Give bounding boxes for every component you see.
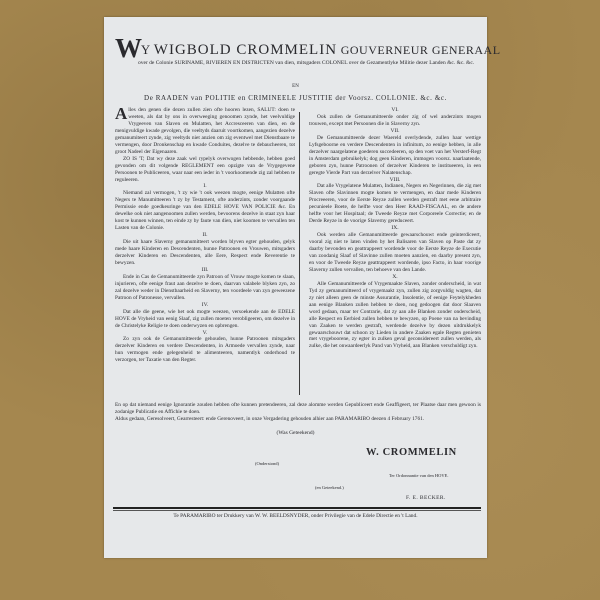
left-column: Alles den genen die dezen zullen zien of… <box>115 107 295 364</box>
section-number: X. <box>309 274 481 281</box>
section-number: VI. <box>309 107 481 114</box>
article-paragraph: Ook zullen de Gemanumitteerde onder zig … <box>309 114 481 128</box>
printer-imprint: Te PARAMARIBO ter Drukkery van W. W. BEE… <box>104 513 487 519</box>
right-column: VI.Ook zullen de Gemanumitteerde onder z… <box>309 107 481 350</box>
conjunction-en: EN <box>104 84 487 89</box>
article-paragraph: Ook werden alle Gemanumitteerde gewaarsc… <box>309 232 481 274</box>
article-paragraph: De Gemanumitteerde dezer Waereld overlyd… <box>309 135 481 177</box>
ordonnantie-line: Ter Ordonnantie van den HOVE. <box>389 473 449 478</box>
article-paragraph: Die uit haare Slaverny gemanumitteert wo… <box>115 239 295 267</box>
article-paragraph: Alle Gemanumitteerde of Vrygemaakte Slav… <box>309 281 481 351</box>
article-paragraph: Dat alle Vrygelatene Mulatten, Indianen,… <box>309 183 481 225</box>
governor-name: WIGBOLD CROMMELIN <box>154 42 337 58</box>
article-paragraph: Dat alle die geene, wie het ook mogte we… <box>115 309 295 330</box>
section-number: VIII. <box>309 177 481 184</box>
en-geteekend: (en Geteekend.) <box>315 485 344 490</box>
governor-rank: GOUVERNEUR GENERAAL <box>341 43 501 57</box>
column-divider <box>299 112 300 395</box>
was-geteekend: (Was Geteekend) <box>104 430 487 436</box>
section-number: II. <box>115 232 295 239</box>
section-number: IV. <box>115 302 295 309</box>
section-number: VII. <box>309 128 481 135</box>
opening-paragraph: Alles den genen die dezen zullen zien of… <box>115 107 295 156</box>
dropcap: A <box>115 107 127 121</box>
onderstond: (Onderstond) <box>255 461 279 466</box>
article-paragraph: Niemand zal vermogen, 't zy wie 't ook w… <box>115 190 295 232</box>
proclamation-document: WY WIGBOLD CROMMELIN GOUVERNEUR GENERAAL… <box>104 17 487 558</box>
title-lead: Y <box>141 43 150 57</box>
council-heading: De RAADEN van POLITIE en CRIMINEELE JUST… <box>104 94 487 102</box>
document-subtitle: over de Colonie SURINAME, RIVIEREN EN DI… <box>138 59 483 68</box>
closing-paragraph-2: Aldus gedaan, Geresolveert, Gearresteert… <box>115 416 481 423</box>
bottom-rule-thin <box>113 510 481 511</box>
section-number: IX. <box>309 225 481 232</box>
bottom-rule <box>113 507 481 509</box>
secretary-signature: F. E. BECKER. <box>406 495 446 501</box>
section-number: III. <box>115 267 295 274</box>
paragraph-text: lles den genen die dezen zullen zien oft… <box>115 107 295 155</box>
article-paragraph: Zo zyn ook de Gemanumitteerde gehouden, … <box>115 336 295 364</box>
signature-name: W. CROMMELIN <box>366 447 457 458</box>
section-number: V. <box>115 330 295 337</box>
article-paragraph: Ende in Cas de Gemanumitteerde zyn Patro… <box>115 274 295 302</box>
closing-paragraph-1: En op dat niemand eenige Ignorantie zoud… <box>115 402 481 416</box>
article-paragraph: ZO IS 'T; Dat wy deze zaak wel rypelyk o… <box>115 156 295 184</box>
